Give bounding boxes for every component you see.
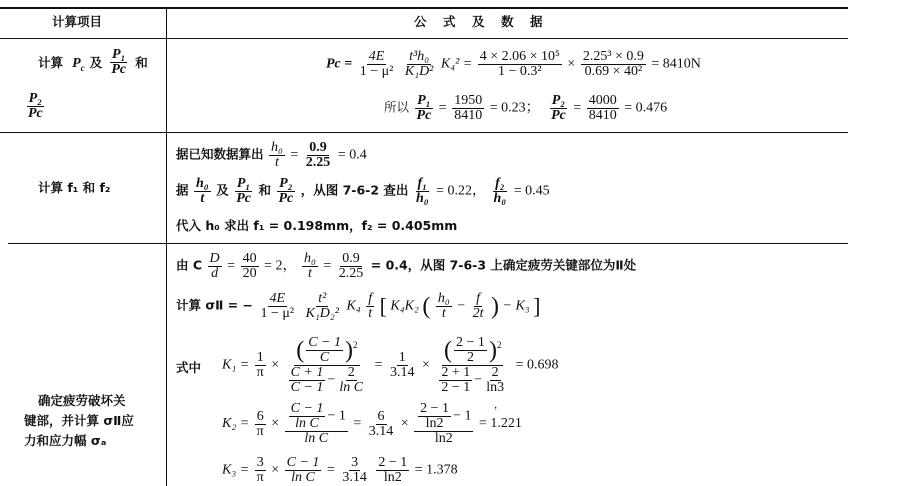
k1-formula: K₁ = 1π × (C − 1C)2 C + 1C − 1−2ln C = 1… bbox=[222, 336, 559, 395]
column-divider bbox=[166, 9, 167, 486]
h0-ratio-line: 据已知数据算出 h₀t = 0.92.25 = 0.4 bbox=[176, 141, 367, 170]
row2-item: 计算 f₁ 和 f₂ bbox=[38, 180, 110, 196]
top-rule bbox=[0, 7, 848, 9]
row1-item-cont: P₂Pc bbox=[24, 92, 47, 121]
ratio-p2-pc: P₂Pc bbox=[26, 92, 45, 121]
where-label: 式中 bbox=[176, 360, 201, 376]
row3-item-line1: 确定疲劳破坏关 bbox=[38, 393, 126, 409]
row3-item-line3: 力和应力幅 σₐ bbox=[24, 433, 106, 449]
header-divider bbox=[0, 38, 848, 39]
row1-item: 计算 Pc 及 P₁Pc 和 bbox=[38, 48, 148, 77]
k3-formula: K₃ = 3π × C − 1ln C = 33.14 2 − 1ln2 = 1… bbox=[222, 456, 458, 485]
header-item: 计算项目 bbox=[52, 14, 102, 30]
sigma-formula: 计算 σⅡ = − 4E1 − μ² t²K₁D₂² K₄ ft [ K₄K₂ … bbox=[176, 292, 541, 321]
formula-table: 计算项目 公 式 及 数 据 计算 Pc 及 P₁Pc 和 P₂Pc Pc = … bbox=[0, 0, 919, 486]
row1-divider bbox=[0, 132, 848, 133]
k2-formula: K₂ = 6π × C − 1ln C− 1 ln C = 63.14 × 2 … bbox=[222, 402, 522, 446]
f-ratio-line: 据 h₀t 及 P₁Pc 和 P₂Pc ，从图 7-6-2 查出 f₁h₀ = … bbox=[176, 177, 550, 206]
ratio-p1-pc: P₁Pc bbox=[109, 48, 128, 77]
position-line: 由 C Dd = 4020 = 2， h₀t = 0.92.25 = 0.4，从… bbox=[176, 252, 636, 281]
ratio-formula: 所以 P₁Pc = 19508410 = 0.23； P₂Pc = 400084… bbox=[384, 94, 667, 123]
header-formula: 公 式 及 数 据 bbox=[414, 14, 545, 30]
f-result-line: 代入 h₀ 求出 f₁ = 0.198mm，f₂ = 0.405mm bbox=[176, 218, 457, 234]
pc-formula: Pc = 4E1 − μ² t³h₀K₁D² K₄² = 4 × 2.06 × … bbox=[326, 50, 701, 79]
row2-divider bbox=[8, 243, 848, 244]
row3-item-line2: 键部，并计算 σⅡ应 bbox=[24, 413, 134, 429]
